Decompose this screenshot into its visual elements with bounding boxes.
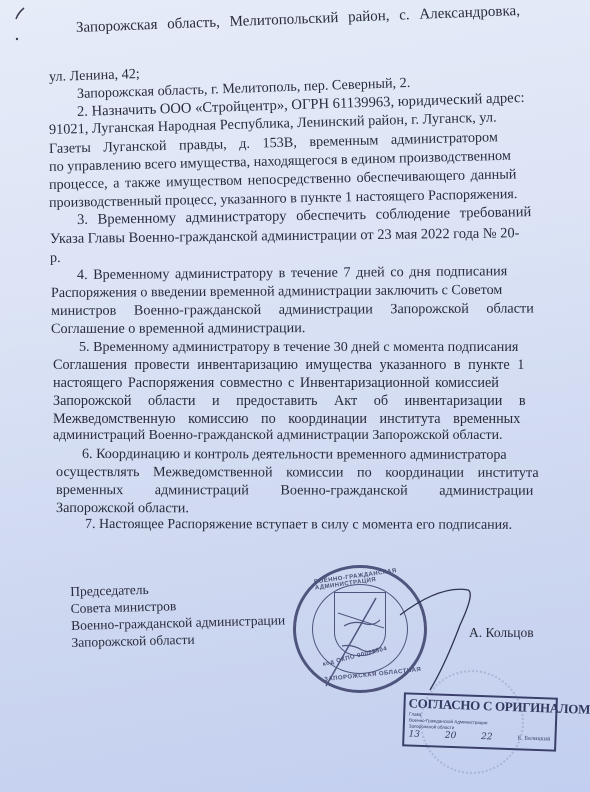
certified-copy-stamp: СОГЛАСНО С ОРИГИНАЛОМ Глава Военно-Гражд…	[402, 692, 558, 751]
pen-mark-decoration	[10, 5, 30, 45]
doc-line: Запорожской области.	[56, 500, 189, 516]
doc-line: 7. Настоящее Распоряжение вступает в сил…	[85, 517, 512, 534]
doc-line-text: Распоряжения о введении временной админи…	[51, 282, 502, 301]
doc-line-text: 4. Временному администратору в течение 7…	[77, 263, 507, 283]
doc-line-text: Соглашения провести инвентаризацию имуще…	[53, 357, 524, 373]
document-page: Запорожская область, Мелитопольский райо…	[0, 0, 590, 792]
doc-line: администраций Военно-гражданской админис…	[53, 428, 503, 444]
doc-line-text: ул. Ленина, 42;	[49, 66, 140, 85]
doc-line-text: Указа Главы Военно-гражданской администр…	[50, 225, 520, 247]
doc-line: Указа Главы Военно-гражданской администр…	[50, 225, 520, 247]
doc-line-text: министров Военно-гражданской администрац…	[51, 300, 534, 319]
doc-line-text: Запорожская область, Мелитопольский райо…	[76, 3, 521, 36]
doc-line-text: Запорожской области.	[56, 500, 189, 516]
doc-line: временных администраций Военно-гражданск…	[56, 482, 533, 499]
doc-line: Соглашения провести инвентаризацию имуще…	[53, 357, 524, 373]
doc-line-text: 7. Настоящее Распоряжение вступает в сил…	[85, 517, 512, 533]
doc-line: Запорожская область, Мелитопольский райо…	[76, 1, 584, 36]
doc-line-text: временных администраций Военно-гражданск…	[56, 482, 533, 499]
doc-line-text: настоящего Распоряжения совместно с Инве…	[53, 375, 499, 391]
doc-line: Соглашение о временной администрации.	[51, 320, 305, 337]
doc-line-text: Межведомственную комиссию по координации…	[53, 411, 520, 427]
signature-title: Председатель Совета министров Военно-гра…	[70, 577, 286, 651]
certified-copy-year: 22	[481, 732, 493, 742]
doc-line: ул. Ленина, 42;	[49, 66, 140, 85]
doc-line: Межведомственную комиссию по координации…	[53, 411, 520, 427]
certified-copy-day: 13	[408, 730, 420, 740]
doc-line-text: 5. Временному администратору в течение 3…	[79, 339, 518, 355]
doc-line-text: Соглашение о временной администрации.	[51, 320, 305, 337]
doc-line-text: администраций Военно-гражданской админис…	[53, 428, 503, 443]
doc-line: 5. Временному администратору в течение 3…	[79, 339, 518, 355]
doc-line: 4. Временному администратору в течение 7…	[77, 263, 507, 283]
doc-line: осуществлять Межведомственной комиссии п…	[56, 464, 539, 481]
doc-line-text: р.	[50, 250, 61, 266]
doc-line: Распоряжения о введении временной админи…	[51, 282, 502, 301]
doc-line: 6. Координацию и контроль деятельности в…	[82, 446, 507, 463]
doc-line-text: Запорожской области и предоставить Акт о…	[53, 393, 526, 409]
certified-copy-signer: Е. Балицкий	[517, 733, 550, 744]
doc-line: Запорожской области и предоставить Акт о…	[53, 393, 526, 409]
doc-line: настоящего Распоряжения совместно с Инве…	[53, 375, 499, 391]
doc-line-text: осуществлять Межведомственной комиссии п…	[56, 464, 539, 481]
doc-line: министров Военно-гражданской администрац…	[51, 300, 534, 319]
certified-copy-month: 20	[445, 731, 457, 741]
doc-line: р.	[50, 250, 61, 266]
doc-line-text: 6. Координацию и контроль деятельности в…	[82, 446, 507, 463]
